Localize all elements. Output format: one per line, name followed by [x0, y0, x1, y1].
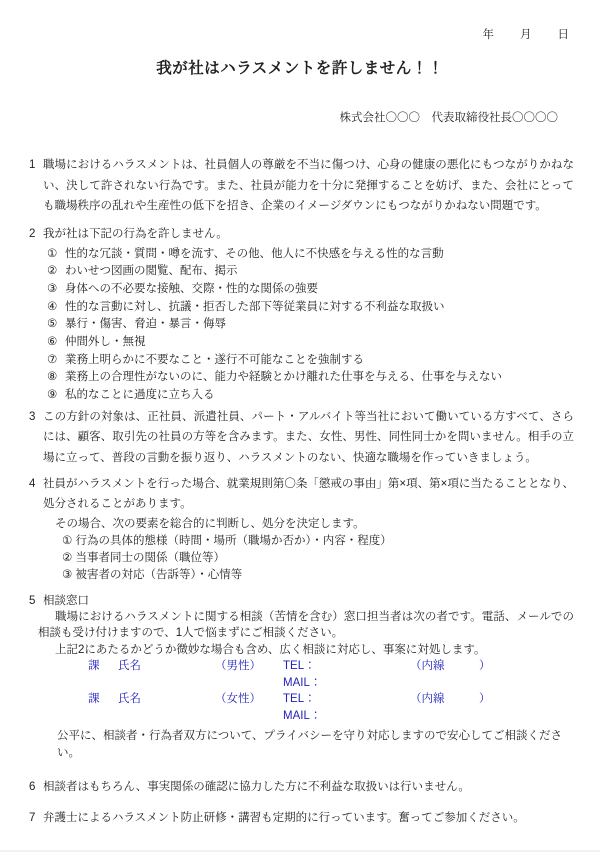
section-text: 我が社は下記の行為を許しません。 [43, 225, 574, 243]
contact-name: 氏名 [118, 691, 215, 708]
list-item: ② わいせつ図画の閲覧、配布、掲示 [0, 263, 600, 281]
contact-extension: （内線 ） [410, 658, 600, 675]
section-number: 2 [29, 225, 43, 243]
section-text: 職場におけるハラスメントは、社員個人の尊厳を不当に傷つけ、心身の健康の悪化にもつ… [43, 155, 574, 217]
section-text: 相談窓口 [43, 593, 574, 609]
section-4: 4 社員がハラスメントを行った場合、就業規則第〇条「懲戒の事由」第×項、第×項に… [0, 475, 600, 514]
list-item: ⑨ 私的なことに過度に立ち入る [0, 387, 600, 405]
item-mark: ② [47, 263, 65, 281]
privacy-assurance: 公平に、相談者・行為者双方について、プライバシーを守り対応しますので安心してご相… [0, 728, 600, 761]
section-1: 1 職場におけるハラスメントは、社員個人の尊厳を不当に傷つけ、心身の健康の悪化に… [0, 155, 600, 217]
list-item: ③ 身体への不必要な接触、交際・性的な関係の強要 [0, 281, 600, 299]
contact-gender: （女性） [215, 691, 283, 708]
company-signature: 株式会社〇〇〇 代表取締役社長〇〇〇〇 [0, 109, 600, 125]
list-item: ① 行為の具体的態様（時間・場所（職場か否か）・内容・程度） [0, 533, 600, 550]
item-text: 身体への不必要な接触、交際・性的な関係の強要 [65, 281, 580, 299]
item-text: 性的な冗談・質問・噂を流す、その他、他人に不快感を与える性的な言動 [65, 246, 580, 264]
consultation-desk-paragraph: 職場におけるハラスメントに関する相談（苦情を含む）窓口担当者は次の者です。電話、… [0, 609, 600, 642]
contact-tel-label: TEL： [283, 658, 410, 675]
section-number: 5 [29, 593, 43, 609]
contact-row: 課 氏名 （男性） TEL： （内線 ） [0, 658, 600, 675]
item-text: 暴行・傷害、脅迫・暴言・侮辱 [65, 316, 580, 334]
list-item: ④ 性的な言動に対し、抗議・拒否した部下等従業員に対する不利益な取扱い [0, 299, 600, 317]
section-text: この方針の対象は、正社員、派遣社員、パート・アルバイト等当社において働いている方… [43, 407, 574, 469]
section-number: 1 [29, 155, 43, 217]
item-text: 業務上の合理性がないのに、能力や経験とかけ離れた仕事を与える、仕事を与えない [65, 369, 580, 387]
page-title: 我が社はハラスメントを許しません！！ [0, 56, 600, 78]
section-number: 7 [29, 811, 43, 826]
section-5-heading: 5 相談窓口 [0, 593, 600, 609]
item-mark: ⑤ [47, 316, 65, 334]
contact-department: 課 [88, 658, 118, 675]
section-3: 3 この方針の対象は、正社員、派遣社員、パート・アルバイト等当社において働いてい… [0, 407, 600, 469]
section-7: 7 弁護士によるハラスメント防止研修・講習も定期的に行っています。奮ってご参加く… [0, 811, 600, 826]
section-text: 社員がハラスメントを行った場合、就業規則第〇条「懲戒の事由」第×項、第×項に当た… [43, 475, 574, 514]
contact-extension: （内線 ） [410, 691, 600, 708]
list-item: ⑧ 業務上の合理性がないのに、能力や経験とかけ離れた仕事を与える、仕事を与えない [0, 369, 600, 387]
section-2-heading: 2 我が社は下記の行為を許しません。 [0, 225, 600, 243]
list-item: ⑦ 業務上明らかに不要なこと・遂行不可能なことを強制する [0, 352, 600, 370]
section-4-sub-intro: その場合、次の要素を総合的に判断し、処分を決定します。 [0, 516, 600, 533]
contact-department: 課 [88, 691, 118, 708]
contact-tel-label: TEL： [283, 691, 410, 708]
list-item: ① 性的な冗談・質問・噂を流す、その他、他人に不快感を与える性的な言動 [0, 246, 600, 264]
consultation-scope-paragraph: 上記2にあたるかどうか微妙な場合も含め、広く相談に対応し、事案に対処します。 [0, 642, 600, 659]
item-text: 私的なことに過度に立ち入る [65, 387, 580, 405]
contact-gender: （男性） [215, 658, 283, 675]
section-text: 弁護士によるハラスメント防止研修・講習も定期的に行っています。奮ってご参加くださ… [43, 811, 574, 826]
list-item: ② 当事者同士の関係（職位等） [0, 550, 600, 567]
list-item: ⑤ 暴行・傷害、脅迫・暴言・侮辱 [0, 316, 600, 334]
section-6: 6 相談者はもちろん、事実関係の確認に協力した方に不利益な取扱いは行いません。 [0, 780, 600, 795]
item-mark: ④ [47, 299, 65, 317]
item-text: わいせつ図画の閲覧、配布、掲示 [65, 263, 580, 281]
item-mark: ⑨ [47, 387, 65, 405]
item-text: 業務上明らかに不要なこと・遂行不可能なことを強制する [65, 352, 580, 370]
section-number: 4 [29, 475, 43, 514]
harassment-policy-document: 年 月 日 我が社はハラスメントを許しません！！ 株式会社〇〇〇 代表取締役社長… [0, 0, 600, 852]
item-mark: ⑧ [47, 369, 65, 387]
item-mark: ⑥ [47, 334, 65, 352]
list-item: ⑥ 仲間外し・無視 [0, 334, 600, 352]
item-text: 仲間外し・無視 [65, 334, 580, 352]
list-item: ③ 被害者の対応（告訴等）・心情等 [0, 567, 600, 584]
contact-row: 課 氏名 （女性） TEL： （内線 ） [0, 691, 600, 708]
contact-block: 課 氏名 （男性） TEL： （内線 ） MAIL： 課 氏名 （女性） TEL… [0, 658, 600, 724]
item-mark: ⑦ [47, 352, 65, 370]
contact-mail-label: MAIL： [0, 708, 600, 725]
section-number: 6 [29, 780, 43, 795]
item-mark: ① [47, 246, 65, 264]
section-text: 相談者はもちろん、事実関係の確認に協力した方に不利益な取扱いは行いません。 [43, 780, 574, 795]
item-text: 性的な言動に対し、抗議・拒否した部下等従業員に対する不利益な取扱い [65, 299, 580, 317]
date-line: 年 月 日 [0, 26, 600, 42]
contact-mail-label: MAIL： [0, 675, 600, 692]
section-number: 3 [29, 407, 43, 469]
contact-name: 氏名 [118, 658, 215, 675]
item-mark: ③ [47, 281, 65, 299]
prohibited-acts-list: ① 性的な冗談・質問・噂を流す、その他、他人に不快感を与える性的な言動 ② わい… [0, 246, 600, 405]
